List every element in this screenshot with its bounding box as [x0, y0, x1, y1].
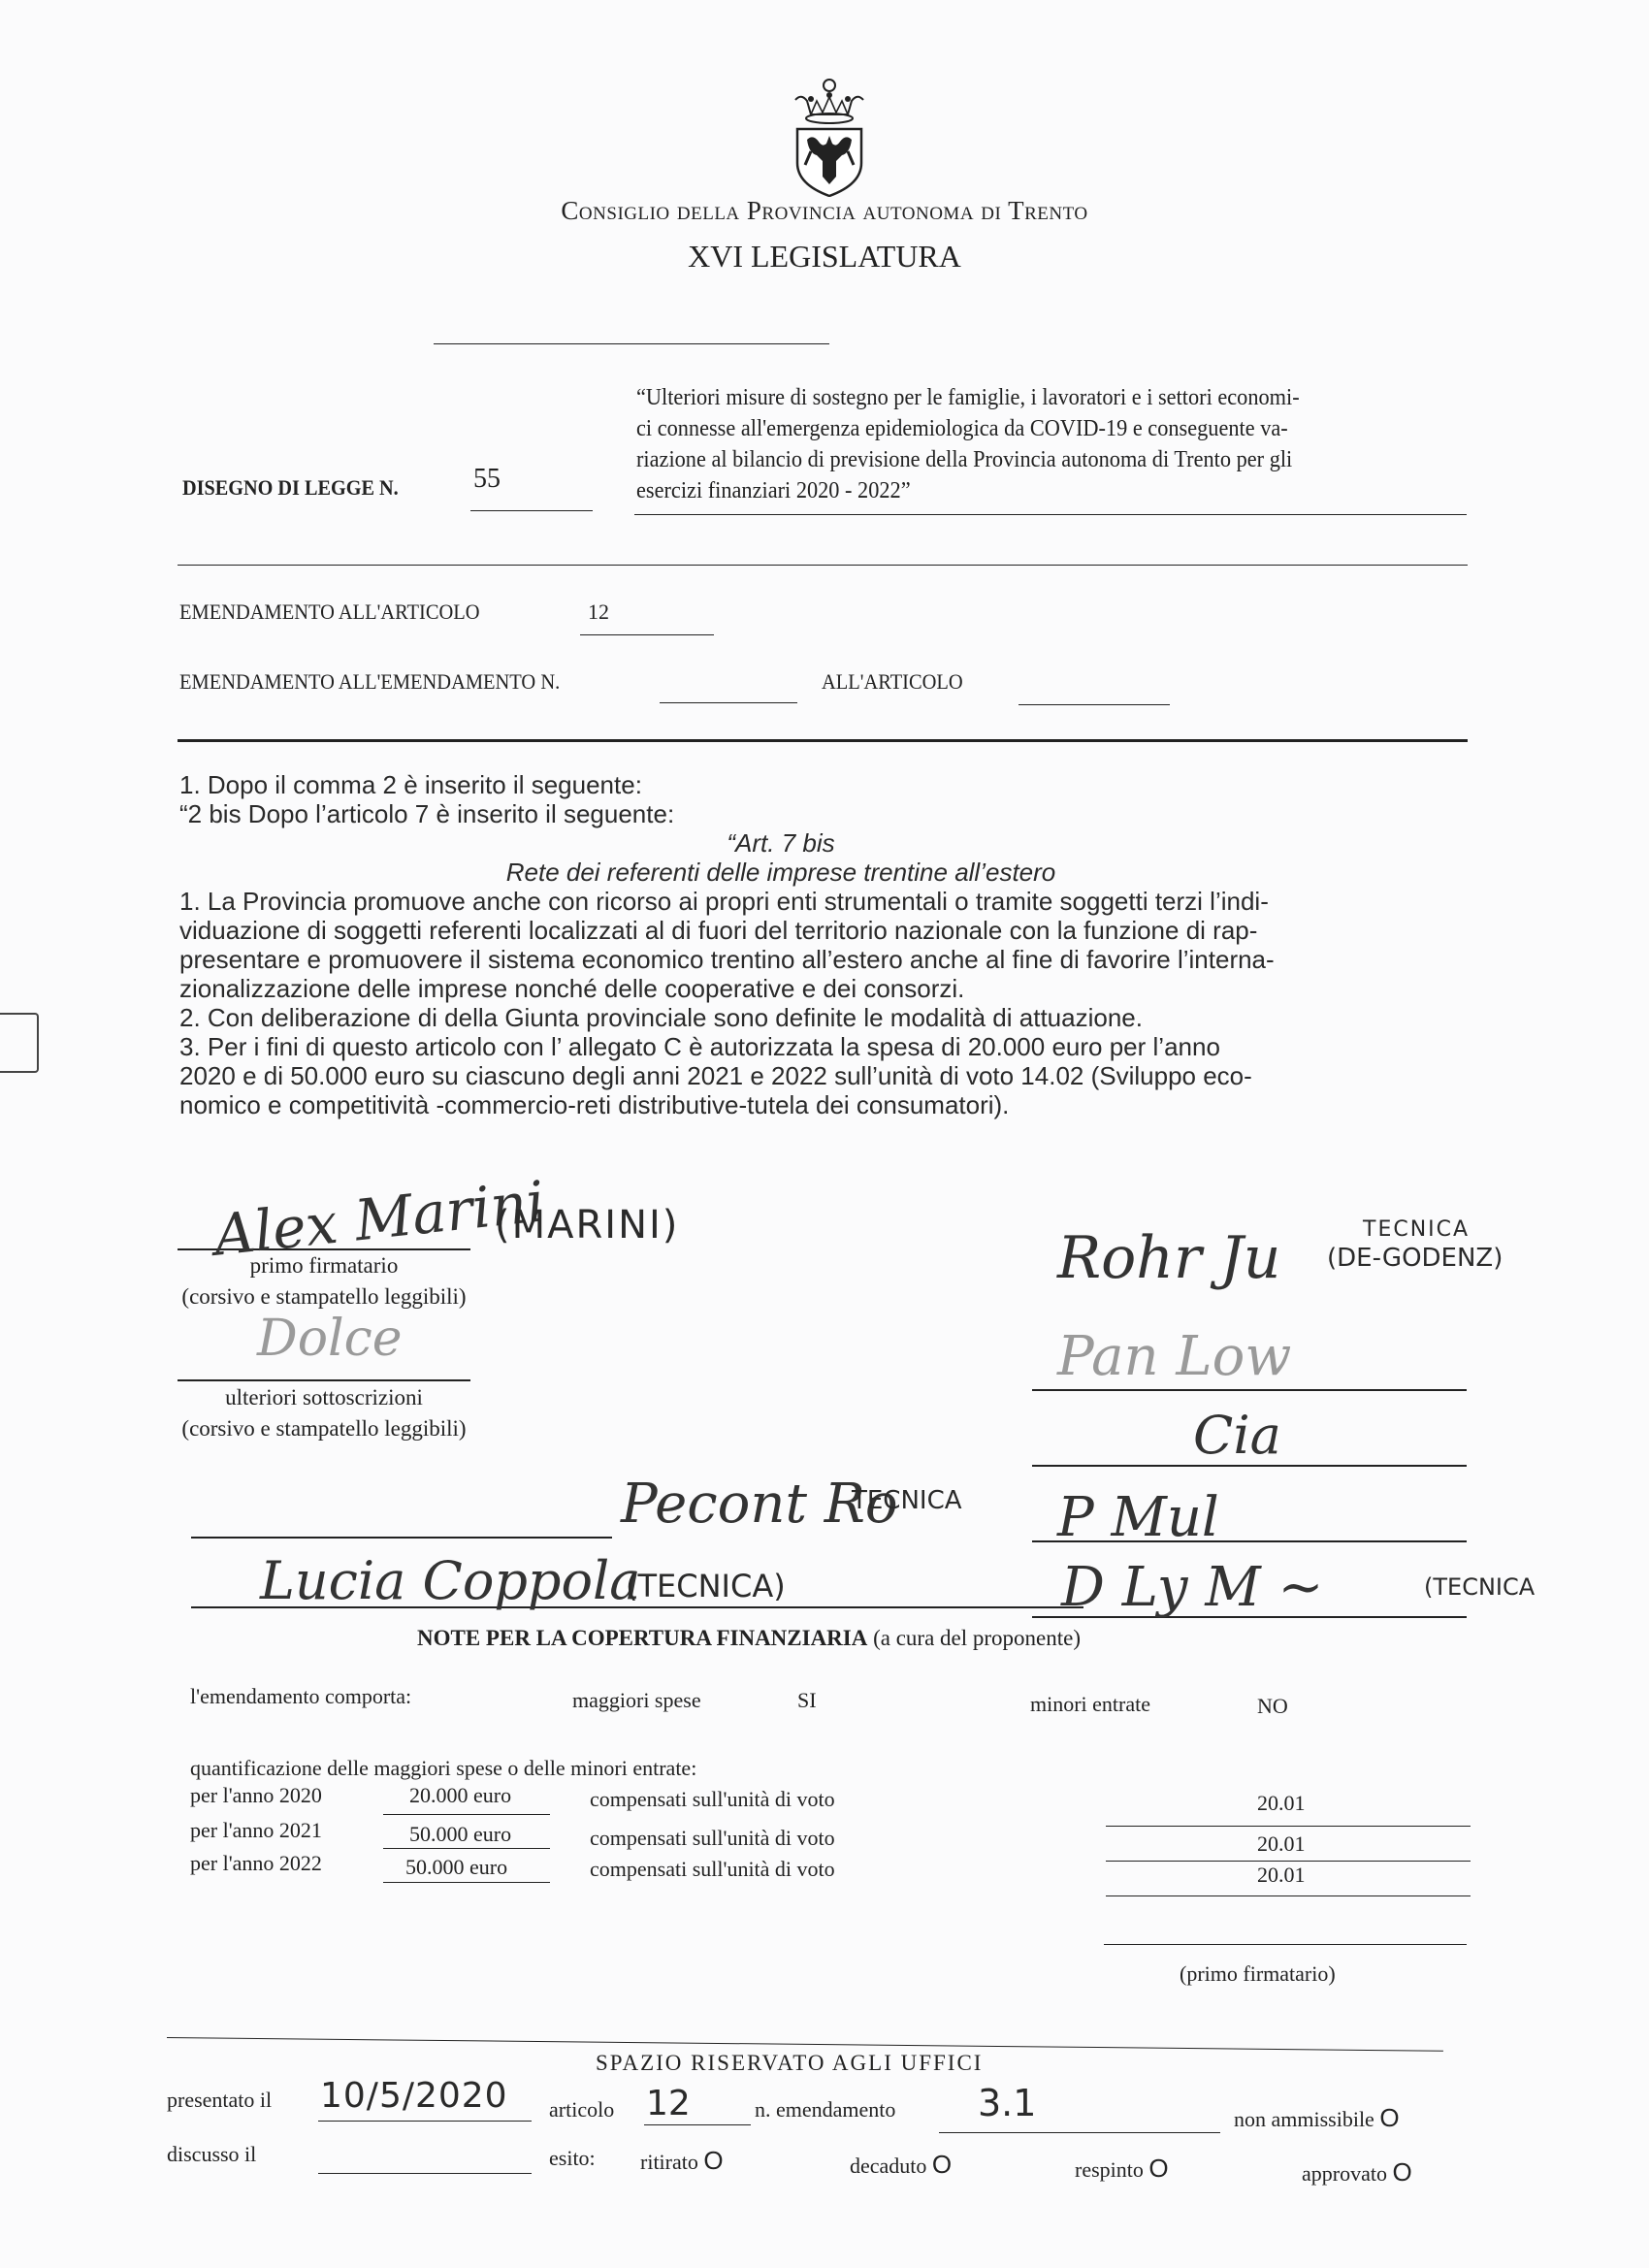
handwritten-tecnica-3: (TECNICA) — [626, 1568, 786, 1604]
ritirato-option[interactable]: ritirato O — [640, 2146, 724, 2176]
amendment-to-amendment-article-label: ALL'ARTICOLO — [822, 669, 963, 695]
presentato-label: presentato il — [167, 2088, 272, 2113]
decaduto-label: decaduto — [850, 2154, 926, 2178]
unit-2020-underline — [1106, 1826, 1471, 1827]
body-line: presentare e promuovere il sistema econo… — [179, 945, 1470, 974]
n-emendamento-underline — [939, 2132, 1220, 2133]
presentato-underline — [318, 2121, 532, 2122]
body-line: nomico e competitività -commercio-reti d… — [179, 1090, 1470, 1119]
signature-line-right-1 — [1032, 1389, 1467, 1391]
amendment-to-amendment-label: EMENDAMENTO ALL'EMENDAMENTO N. — [179, 669, 560, 695]
amount-2021-underline — [383, 1848, 550, 1849]
signature-line-left-3 — [191, 1537, 612, 1539]
office-heading: SPAZIO RISERVATO AGLI UFFICI — [596, 2051, 983, 2076]
discusso-label: discusso il — [167, 2142, 256, 2167]
bill-title-line: ci connesse all'emergenza epidemiologica… — [636, 413, 1412, 444]
unit-2021-underline — [1106, 1861, 1471, 1862]
first-signer-hint: (corsivo e stampatello leggibili) — [178, 1284, 470, 1310]
further-signer-line — [178, 1379, 470, 1381]
amendment-article-value[interactable]: 12 — [588, 599, 609, 625]
header-divider — [434, 343, 829, 344]
year-label-2021: per l'anno 2021 — [190, 1818, 322, 1843]
bill-title-line: esercizi finanziari 2020 - 2022” — [636, 475, 1412, 506]
financial-heading-title: NOTE PER LA COPERTURA FINANZIARIA — [417, 1626, 867, 1650]
body-intro-1: 1. Dopo il comma 2 è inserito il seguent… — [179, 770, 1470, 799]
discusso-field[interactable] — [318, 2140, 532, 2167]
bill-number-underline — [470, 510, 593, 511]
amount-2022[interactable]: 50.000 euro — [405, 1855, 507, 1880]
amount-2020-underline — [383, 1814, 550, 1815]
financial-signer-line — [1104, 1944, 1467, 1945]
amendment-body: 1. Dopo il comma 2 è inserito il seguent… — [179, 770, 1470, 1119]
approvato-option[interactable]: approvato O — [1302, 2157, 1412, 2187]
crowned-eagle-coat-of-arms-icon — [788, 76, 871, 197]
amendment-to-amendment-article-field[interactable] — [1020, 669, 1170, 697]
article-heading: “Art. 7 bis — [92, 828, 1470, 858]
year-label-2020: per l'anno 2020 — [190, 1783, 322, 1808]
comp-label-2020: compensati sull'unità di voto — [590, 1787, 835, 1812]
presentato-date-field[interactable]: 10/5/2020 — [320, 2076, 508, 2116]
signature-faint: Dolce — [257, 1310, 403, 1368]
handwritten-tecnica-4: (TECNICA — [1424, 1573, 1535, 1601]
margin-bracket-mark — [0, 1013, 39, 1073]
body-line: 3. Per i fini di questo articolo con l’ … — [179, 1032, 1470, 1061]
financial-signer-label: (primo firmatario) — [1180, 1961, 1336, 1987]
minori-entrate-value[interactable]: NO — [1257, 1694, 1288, 1719]
signature-right-1: Rohr Ju — [1057, 1224, 1280, 1292]
esito-label: esito: — [549, 2146, 596, 2171]
maggiori-spese-label: maggiori spese — [572, 1688, 701, 1713]
unit-2021[interactable]: 20.01 — [1257, 1831, 1306, 1857]
respinto-option[interactable]: respinto O — [1075, 2154, 1169, 2184]
bill-title-underline — [634, 514, 1467, 515]
decaduto-option[interactable]: decaduto O — [850, 2150, 952, 2180]
handwritten-tecnica-1: TECNICA — [1363, 1217, 1470, 1242]
body-line: 2020 e di 50.000 euro su ciascuno degli … — [179, 1061, 1470, 1090]
bill-number-label: DISEGNO DI LEGGE N. — [182, 475, 399, 501]
financial-heading-note: (a cura del proponente) — [873, 1626, 1081, 1650]
signature-right-3: Cia — [1193, 1405, 1281, 1466]
section-divider-1 — [178, 565, 1468, 566]
articolo-label: articolo — [549, 2097, 614, 2122]
signature-right-5: D Ly M ~ — [1061, 1556, 1323, 1619]
body-intro-2: “2 bis Dopo l’articolo 7 è inserito il s… — [179, 799, 1470, 828]
handwritten-name-de-godenz: (DE-GODENZ) — [1327, 1244, 1503, 1273]
ritirato-label: ritirato — [640, 2150, 698, 2174]
articolo-underline — [644, 2124, 751, 2125]
non-ammissibile-label: non ammissibile — [1234, 2107, 1374, 2131]
amendment-to-amendment-article-underline — [1018, 704, 1170, 705]
bill-title-line: riazione al bilancio di previsione della… — [636, 444, 1412, 475]
maggiori-spese-value[interactable]: SI — [797, 1688, 817, 1713]
articolo-field[interactable]: 12 — [646, 2084, 691, 2123]
non-ammissibile-radio[interactable]: O — [1379, 2103, 1399, 2132]
amendment-to-amendment-underline — [660, 702, 797, 703]
handwritten-name-marini: (MARINI) — [495, 1203, 679, 1247]
office-divider — [167, 2037, 1443, 2052]
ritirato-radio[interactable]: O — [703, 2146, 723, 2175]
decaduto-radio[interactable]: O — [932, 2150, 952, 2179]
respinto-radio[interactable]: O — [1148, 2154, 1168, 2183]
body-line: 1. La Provincia promuove anche con ricor… — [179, 887, 1470, 916]
body-line: viduazione di soggetti referenti localiz… — [179, 916, 1470, 945]
further-signer-hint: (corsivo e stampatello leggibili) — [178, 1416, 470, 1442]
signature-right-4: P Mul — [1057, 1486, 1219, 1549]
unit-2022-underline — [1106, 1895, 1471, 1896]
comp-label-2022: compensati sull'unità di voto — [590, 1857, 835, 1882]
amendment-article-label: EMENDAMENTO ALL'ARTICOLO — [179, 599, 480, 625]
non-ammissibile-option[interactable]: non ammissibile O — [1234, 2103, 1400, 2133]
unit-2020[interactable]: 20.01 — [1257, 1791, 1306, 1816]
approvato-radio[interactable]: O — [1392, 2157, 1411, 2187]
discusso-underline — [318, 2173, 532, 2174]
institution-name: Consiglio della Provincia autonoma di Tr… — [0, 196, 1649, 226]
signature-right-2: Pan Low — [1057, 1325, 1291, 1388]
handwritten-tecnica-2: TECNICA — [852, 1486, 962, 1515]
financial-heading: NOTE PER LA COPERTURA FINANZIARIA (a cur… — [417, 1626, 1081, 1651]
amendment-to-amendment-field[interactable] — [662, 669, 797, 697]
approvato-label: approvato — [1302, 2161, 1387, 2186]
bill-title-line: “Ulteriori misure di sostegno per le fam… — [636, 382, 1412, 413]
amount-2020[interactable]: 20.000 euro — [409, 1783, 511, 1808]
article-subtitle: Rete dei referenti delle imprese trentin… — [92, 858, 1470, 887]
amendment-article-underline — [580, 634, 714, 635]
body-line: zionalizzazione delle imprese nonché del… — [179, 974, 1470, 1003]
comporta-label: l'emendamento comporta: — [190, 1684, 411, 1709]
bill-number-value[interactable]: 55 — [473, 464, 501, 495]
coat-of-arms-emblem — [788, 76, 871, 197]
n-emendamento-field[interactable]: 3.1 — [978, 2082, 1036, 2124]
bill-title: “Ulteriori misure di sostegno per le fam… — [636, 382, 1412, 506]
body-line: 2. Con deliberazione di della Giunta pro… — [179, 1003, 1470, 1032]
signature-left-low: Lucia Coppola — [260, 1550, 640, 1611]
further-signer-label: ulteriori sottoscrizioni — [178, 1385, 470, 1410]
unit-2022[interactable]: 20.01 — [1257, 1863, 1306, 1888]
amount-2022-underline — [383, 1882, 550, 1883]
comp-label-2021: compensati sull'unità di voto — [590, 1826, 835, 1851]
year-label-2022: per l'anno 2022 — [190, 1851, 322, 1876]
legislature-label: XVI LEGISLATURA — [0, 239, 1649, 275]
section-divider-2 — [178, 739, 1468, 742]
minori-entrate-label: minori entrate — [1030, 1692, 1150, 1717]
respinto-label: respinto — [1075, 2157, 1144, 2182]
n-emendamento-label: n. emendamento — [755, 2097, 895, 2122]
amount-2021[interactable]: 50.000 euro — [409, 1822, 511, 1847]
quantification-label: quantificazione delle maggiori spese o d… — [190, 1756, 696, 1781]
